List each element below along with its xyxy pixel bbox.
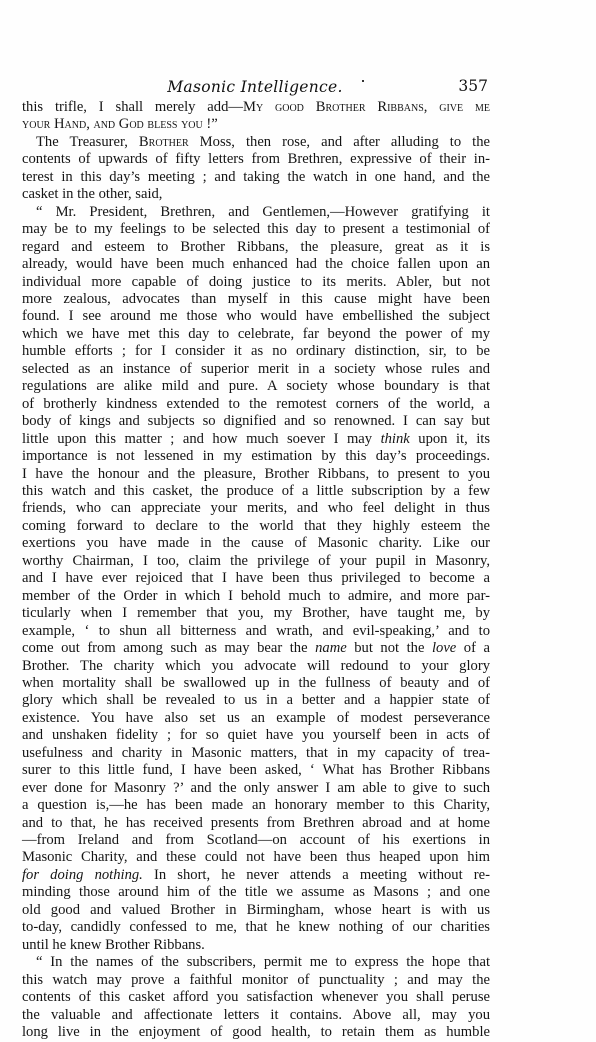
text-run: —from Ireland and from Scotland—on accou… [22,832,490,848]
page-number: 357 [458,77,488,95]
text-line: and unshaken fidelity ; for so quiet hav… [22,727,490,744]
text-run: love [432,640,456,656]
text-run: existence. You have also set us an examp… [22,710,490,726]
text-line: when mortality shall be swallowed up in … [22,675,490,692]
text-line: —from Ireland and from Scotland—on accou… [22,832,490,849]
text-line: I have the honour and the pleasure, Brot… [22,466,490,483]
text-line: come out from among such as may bear the… [22,640,490,657]
text-run: this watch and this casket, the produce … [22,483,490,499]
text-run: glory which shall be revealed to us in a… [22,692,490,708]
text-run: ticularly when I remember that you, my B… [22,605,490,621]
text-run: coming forward to declare to the world t… [22,518,490,534]
text-run: more zealous, advocates than myself in t… [22,291,490,307]
text-line: The Treasurer, Brother Moss, then rose, … [22,134,490,151]
text-run: of brotherly kindness extended to the re… [22,396,490,412]
text-line: individual more capable of doing justice… [22,274,490,291]
text-run: In short, he never attends a meeting wit… [143,867,490,883]
text-line: a question is,—he has been made an honor… [22,797,490,814]
text-run: individual more capable of doing justice… [22,274,490,290]
text-run: think [381,431,410,447]
text-line: usefulness and charity in Masonic matter… [22,745,490,762]
text-line: importance is not lessened in my estimat… [22,448,490,465]
text-run: The Treasurer, [36,134,139,150]
text-run: contents of this casket afford you satis… [22,989,490,1005]
text-run: worthy Chairman, I too, claim the privil… [22,553,490,569]
text-line: contents of upwards of fifty letters fro… [22,151,490,168]
text-run: Moss, then rose, and after alluding to t… [189,134,490,150]
text-run: which we have met this day to celebrate,… [22,326,490,342]
text-line: this watch and this casket, the produce … [22,483,490,500]
text-run: example, ‘ to shun all bitterness and wr… [22,623,490,639]
text-line: member of the Order in which I behold mu… [22,588,490,605]
text-run: a question is,—he has been made an honor… [22,797,490,813]
text-line: humble efforts ; for I consider it as no… [22,343,490,360]
text-run: contents of upwards of fifty letters fro… [22,151,490,167]
text-line: terest in this day’s meeting ; and takin… [22,169,490,186]
text-line: and to that, he has received presents fr… [22,815,490,832]
text-line: which we have met this day to celebrate,… [22,326,490,343]
running-title: Masonic Intelligence. [22,78,488,96]
text-run: regulations are alike mild and pure. A s… [22,378,490,394]
text-line: coming forward to declare to the world t… [22,518,490,535]
text-line: long live in the enjoyment of good healt… [22,1024,490,1041]
text-run: already, would have been much enhanced h… [22,256,490,272]
text-line: minding those around him of the title we… [22,884,490,901]
text-line: example, ‘ to shun all bitterness and wr… [22,623,490,640]
text-run: upon it, its [410,431,490,447]
text-line: body of kings and subjects so dignified … [22,413,490,430]
text-line: “ Mr. President, Brethren, and Gentlemen… [22,204,490,221]
text-run: Brother [139,134,189,150]
text-line: Brother. The charity which you advocate … [22,658,490,675]
text-run: and I have ever rejoiced that I have bee… [22,570,490,586]
text-line: little upon this matter ; and how much s… [22,431,490,448]
text-line: Masonic Charity, and these could not hav… [22,849,490,866]
text-run: !” [203,116,218,132]
body-text: this trifle, I shall merely add—My good … [22,99,490,1041]
text-run: member of the Order in which I behold mu… [22,588,490,604]
text-line: your Hand, and God bless you !” [22,116,490,133]
text-run: humble efforts ; for I consider it as no… [22,343,490,359]
text-run: to-day, candidly confessed to me, that h… [22,919,490,935]
running-header: Masonic Intelligence. 357 [22,76,488,98]
text-run: of a [456,640,490,656]
text-run: Brother. The charity which you advocate … [22,658,490,674]
text-run: surer to this little fund, I have been a… [22,762,490,778]
text-line: existence. You have also set us an examp… [22,710,490,727]
text-line: ever done for Masonry ?’ and the only an… [22,780,490,797]
text-run: terest in this day’s meeting ; and takin… [22,169,490,185]
text-run: and unshaken fidelity ; for so quiet hav… [22,727,490,743]
text-line: surer to this little fund, I have been a… [22,762,490,779]
text-line: for doing nothing. In short, he never at… [22,867,490,884]
text-run: old good and valued Brother in Birmingha… [22,902,490,918]
text-line: contents of this casket afford you satis… [22,989,490,1006]
text-run: name [315,640,347,656]
text-line: until he knew Brother Ribbans. [22,937,490,954]
text-line: worthy Chairman, I too, claim the privil… [22,553,490,570]
text-run: usefulness and charity in Masonic matter… [22,745,490,761]
text-run: this watch may prove a faithful monitor … [22,972,490,988]
text-run: importance is not lessened in my estimat… [22,448,490,464]
text-line: regulations are alike mild and pure. A s… [22,378,490,395]
text-line: casket in the other, said, [22,186,490,203]
text-run: but not the [347,640,432,656]
text-line: of brotherly kindness extended to the re… [22,396,490,413]
text-line: this trifle, I shall merely add—My good … [22,99,490,116]
text-run: and to that, he has received presents fr… [22,815,490,831]
text-run: I have the honour and the pleasure, Brot… [22,466,490,482]
text-run: found. I see around me those who would h… [22,308,490,324]
text-run: body of kings and subjects so dignified … [22,413,490,429]
ink-speck [362,80,364,82]
text-run: come out from among such as may bear the [22,640,315,656]
text-run: selected as an instance of superior meri… [22,361,490,377]
text-line: regard and esteem to Brother Ribbans, th… [22,239,490,256]
text-run: little upon this matter ; and how much s… [22,431,381,447]
text-line: “ In the names of the subscribers, permi… [22,954,490,971]
text-run: until he knew Brother Ribbans. [22,937,205,953]
text-run: exertions you have made in the cause of … [22,535,490,551]
text-run: casket in the other, said, [22,186,162,202]
text-run: My good Brother Ribbans, give me [243,99,490,115]
text-run: ever done for Masonry ?’ and the only an… [22,780,490,796]
text-line: glory which shall be revealed to us in a… [22,692,490,709]
text-line: selected as an instance of superior meri… [22,361,490,378]
text-line: this watch may prove a faithful monitor … [22,972,490,989]
text-line: old good and valued Brother in Birmingha… [22,902,490,919]
text-run: long live in the enjoyment of good healt… [22,1024,490,1040]
text-run: minding those around him of the title we… [22,884,490,900]
text-line: friends, who can appreciate your merits,… [22,500,490,517]
text-line: may be to my feelings to be selected thi… [22,221,490,238]
text-run: friends, who can appreciate your merits,… [22,500,490,516]
text-run: your Hand, and God bless you [22,116,203,132]
text-line: already, would have been much enhanced h… [22,256,490,273]
text-line: to-day, candidly confessed to me, that h… [22,919,490,936]
text-line: more zealous, advocates than myself in t… [22,291,490,308]
text-run: the valuable and affectionate letters it… [22,1007,490,1023]
text-run: Masonic Charity, and these could not hav… [22,849,490,865]
text-line: and I have ever rejoiced that I have bee… [22,570,490,587]
text-run: this trifle, I shall merely add— [22,99,243,115]
text-line: found. I see around me those who would h… [22,308,490,325]
text-run: when mortality shall be swallowed up in … [22,675,490,691]
text-line: ticularly when I remember that you, my B… [22,605,490,622]
text-run: may be to my feelings to be selected thi… [22,221,490,237]
text-line: the valuable and affectionate letters it… [22,1007,490,1024]
text-run: “ Mr. President, Brethren, and Gentlemen… [36,204,490,220]
text-line: exertions you have made in the cause of … [22,535,490,552]
text-run: regard and esteem to Brother Ribbans, th… [22,239,490,255]
text-run: “ In the names of the subscribers, permi… [36,954,490,970]
text-run: for doing nothing. [22,867,143,883]
book-page: Masonic Intelligence. 357 this trifle, I… [0,0,596,1042]
